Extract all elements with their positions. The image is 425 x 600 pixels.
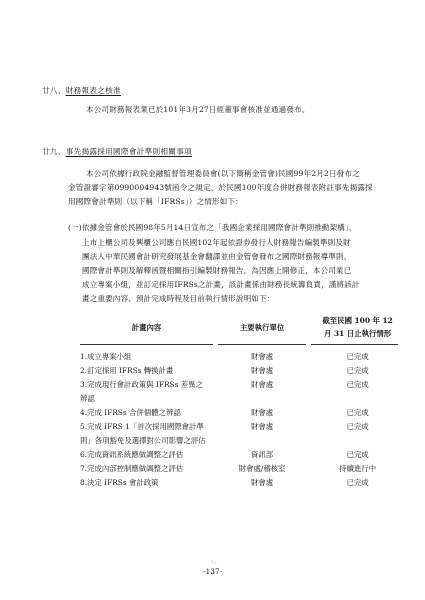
table-row: 8.決定 IFRSs 會計政策 財會處 已完成 [80, 476, 398, 490]
item-1-line-4: 國際會計準則及解釋函暨相關指引編製財務報告，為因應上開修正，本公司業已 [82, 264, 351, 278]
section-29-intro-line-1: 本公司依據行政院金融監督管理委員會(以下簡稱金管會)民國99年2月2日發布之 [86, 168, 360, 181]
row-unit: 財會處 [218, 345, 306, 364]
header-unit: 主要執行單位 [218, 312, 306, 345]
section-29-intro-line-3: 用國際會計準則（以下稱「IFRSs」）之情形如下： [68, 196, 243, 209]
section-28-body: 本公司財務報表業已於101年3月27日經董事會核准並通過發布。 [86, 104, 309, 117]
row-plan: 8.決定 IFRSs 會計政策 [80, 476, 213, 490]
faint-scan-mark: Tr [211, 560, 217, 566]
ifrs-plan-table: 計畫內容 主要執行單位 截至民國 100 年 12 月 31 日止執行情形 1.… [80, 312, 398, 490]
table-row: 5.完成 IFRS 1「首次採用國際會計準則」各項豁免及選擇對公司影響之評估 財… [80, 420, 398, 448]
header-status: 截至民國 100 年 12 月 31 日止執行情形 [311, 312, 398, 345]
table-row: 6.完成資訊系統應做調整之評估 資訊部 已完成 [80, 448, 398, 462]
row-plan: 4.完成 IFRSs 合併個體之辨認 [80, 406, 213, 420]
row-status: 已完成 [311, 345, 398, 364]
row-unit: 財會處 [218, 406, 306, 420]
table-row: 2.訂定採用 IFRSs 轉換計畫 財會處 已完成 [80, 364, 398, 378]
row-status: 已完成 [311, 420, 398, 448]
item-1-line-2: 上市上櫃公司及興櫃公司應自民國102年起依證券發行人財務報告編製準則及財 [82, 236, 351, 250]
header-status-line-1: 截至民國 100 年 12 [317, 314, 398, 327]
section-29-heading: 廿九、事先揭露採用國際會計準則相關事項 [42, 146, 192, 157]
row-unit: 財會處/稽核室 [218, 462, 306, 476]
row-status: 已完成 [311, 364, 398, 378]
row-unit: 財會處 [218, 378, 306, 406]
item-1-line-5: 成立專案小組，並訂定採用IFRSs之計畫，該計畫係由財務長統籌負責，謹將該計 [82, 278, 359, 292]
header-status-line-2: 月 31 日止執行情形 [317, 327, 398, 340]
section-28-heading: 廿八、財務報表之核准 [42, 85, 121, 96]
row-status: 已完成 [311, 406, 398, 420]
table-row: 1.成立專案小組 財會處 已完成 [80, 345, 398, 364]
item-1-line-3: 團法人中華民國會計研究發展基金會翻譯並由金管會發布之國際財務報導準則、 [82, 250, 351, 264]
section-28-number: 廿八、 [42, 86, 66, 95]
header-plan: 計畫內容 [80, 312, 213, 345]
row-plan: 2.訂定採用 IFRSs 轉換計畫 [80, 364, 213, 378]
row-plan: 1.成立專案小組 [80, 345, 213, 364]
item-1-text-1: 依據金管會於民國98年5月14日宣布之「我國企業採用國際會計準則推動架構」， [82, 223, 357, 232]
row-unit: 資訊部 [218, 448, 306, 462]
page-number: -137- [203, 568, 223, 576]
row-unit: 財會處 [218, 476, 306, 490]
item-1-line-6: 畫之重要內容、預計完成時程及目前執行情形說明如下： [82, 292, 274, 306]
table-row: 7.完成內部控制應做調整之評估 財會處/稽核室 持續進行中 [80, 462, 398, 476]
table-row: 3.完成現行會計政策與 IFRSs 差異之辨認 財會處 已完成 [80, 378, 398, 406]
row-plan: 3.完成現行會計政策與 IFRSs 差異之辨認 [80, 378, 213, 406]
row-status: 已完成 [311, 476, 398, 490]
row-plan: 5.完成 IFRS 1「首次採用國際會計準則」各項豁免及選擇對公司影響之評估 [80, 420, 213, 448]
section-29-intro-line-2: 金管證審字第0990004943號函令之規定，於民國100年度合併財務報表附註事… [68, 182, 373, 195]
table-row: 4.完成 IFRSs 合併個體之辨認 財會處 已完成 [80, 406, 398, 420]
row-status: 已完成 [311, 378, 398, 406]
row-plan: 6.完成資訊系統應做調整之評估 [80, 448, 213, 462]
item-1-line-1: (一)依據金管會於民國98年5月14日宣布之「我國企業採用國際會計準則推動架構」… [68, 221, 357, 235]
row-unit: 財會處 [218, 420, 306, 448]
item-1-label: (一) [68, 223, 82, 232]
row-status: 持續進行中 [311, 462, 398, 476]
row-unit: 財會處 [218, 364, 306, 378]
section-28-title: 財務報表之核准 [66, 86, 121, 95]
row-plan: 7.完成內部控制應做調整之評估 [80, 462, 213, 476]
section-29-number: 廿九、 [42, 147, 66, 156]
row-status: 已完成 [311, 448, 398, 462]
table-header-row: 計畫內容 主要執行單位 截至民國 100 年 12 月 31 日止執行情形 [80, 312, 398, 345]
section-29-title: 事先揭露採用國際會計準則相關事項 [66, 147, 192, 156]
